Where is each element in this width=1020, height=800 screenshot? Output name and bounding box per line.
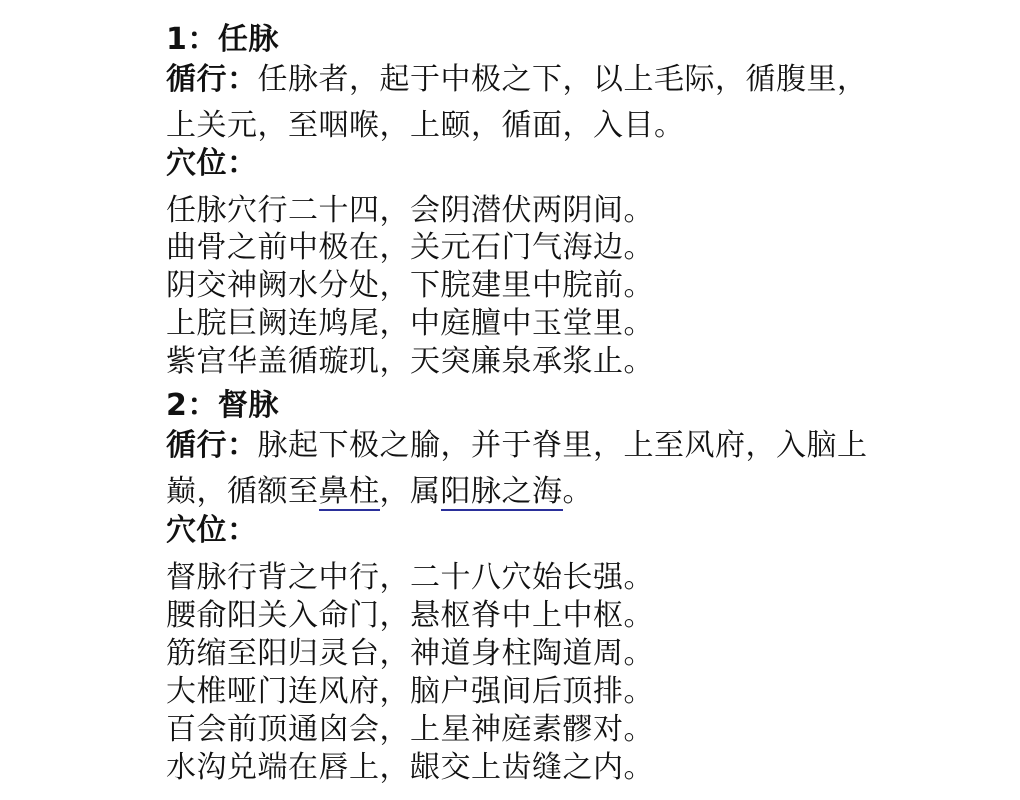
route-text: 巅，循额至 [166, 474, 319, 509]
route-text: 任脉者，起于中极之下，以上毛际，循腹里， [258, 62, 868, 97]
verse-line: 上脘巨阙连鸠尾，中庭膻中玉堂里。 [166, 306, 654, 342]
points-label: 穴位： [166, 146, 258, 182]
verse-line: 任脉穴行二十四，会阴潜伏两阴间。 [166, 193, 654, 229]
route-label: 循行： [166, 428, 258, 463]
route-text-line: 循行：脉起下极之腧，并于脊里，上至风府，入脑上 [166, 428, 868, 464]
route-text: ，属 [380, 474, 441, 509]
verse-line: 紫宫华盖循璇玑，天突廉泉承浆止。 [166, 344, 654, 380]
route-text: 脉起下极之腧，并于脊里，上至风府，入脑上 [258, 428, 868, 463]
verse-line: 大椎哑门连风府，脑户强间后顶排。 [166, 674, 654, 710]
document-page: 1：任脉 循行：任脉者，起于中极之下，以上毛际，循腹里， 上关元，至咽喉，上颐，… [0, 0, 1020, 800]
route-label: 循行： [166, 62, 258, 97]
verse-line: 督脉行背之中行，二十八穴始长强。 [166, 560, 654, 596]
verse-line: 阴交神阙水分处，下脘建里中脘前。 [166, 268, 654, 304]
route-text-line: 循行：任脉者，起于中极之下，以上毛际，循腹里， [166, 62, 868, 98]
verse-line: 曲骨之前中极在，关元石门气海边。 [166, 230, 654, 266]
link-bizhu[interactable]: 鼻柱 [319, 474, 380, 511]
link-yangmai-zhi-hai[interactable]: 阳脉之海 [441, 474, 563, 511]
verse-line: 百会前顶通囟会，上星神庭素髎对。 [166, 712, 654, 748]
route-text: 。 [563, 474, 594, 509]
verse-line: 腰俞阳关入命门，悬枢脊中上中枢。 [166, 598, 654, 634]
route-text-line: 巅，循额至鼻柱，属阳脉之海。 [166, 474, 593, 510]
section-heading-renmai: 1：任脉 [166, 22, 279, 58]
verse-line: 水沟兑端在唇上，龈交上齿缝之内。 [166, 750, 654, 786]
section-heading-dumai: 2：督脉 [166, 388, 279, 424]
verse-line: 筋缩至阳归灵台，神道身柱陶道周。 [166, 636, 654, 672]
points-label: 穴位： [166, 513, 258, 549]
route-text-line: 上关元，至咽喉，上颐，循面，入目。 [166, 108, 685, 144]
